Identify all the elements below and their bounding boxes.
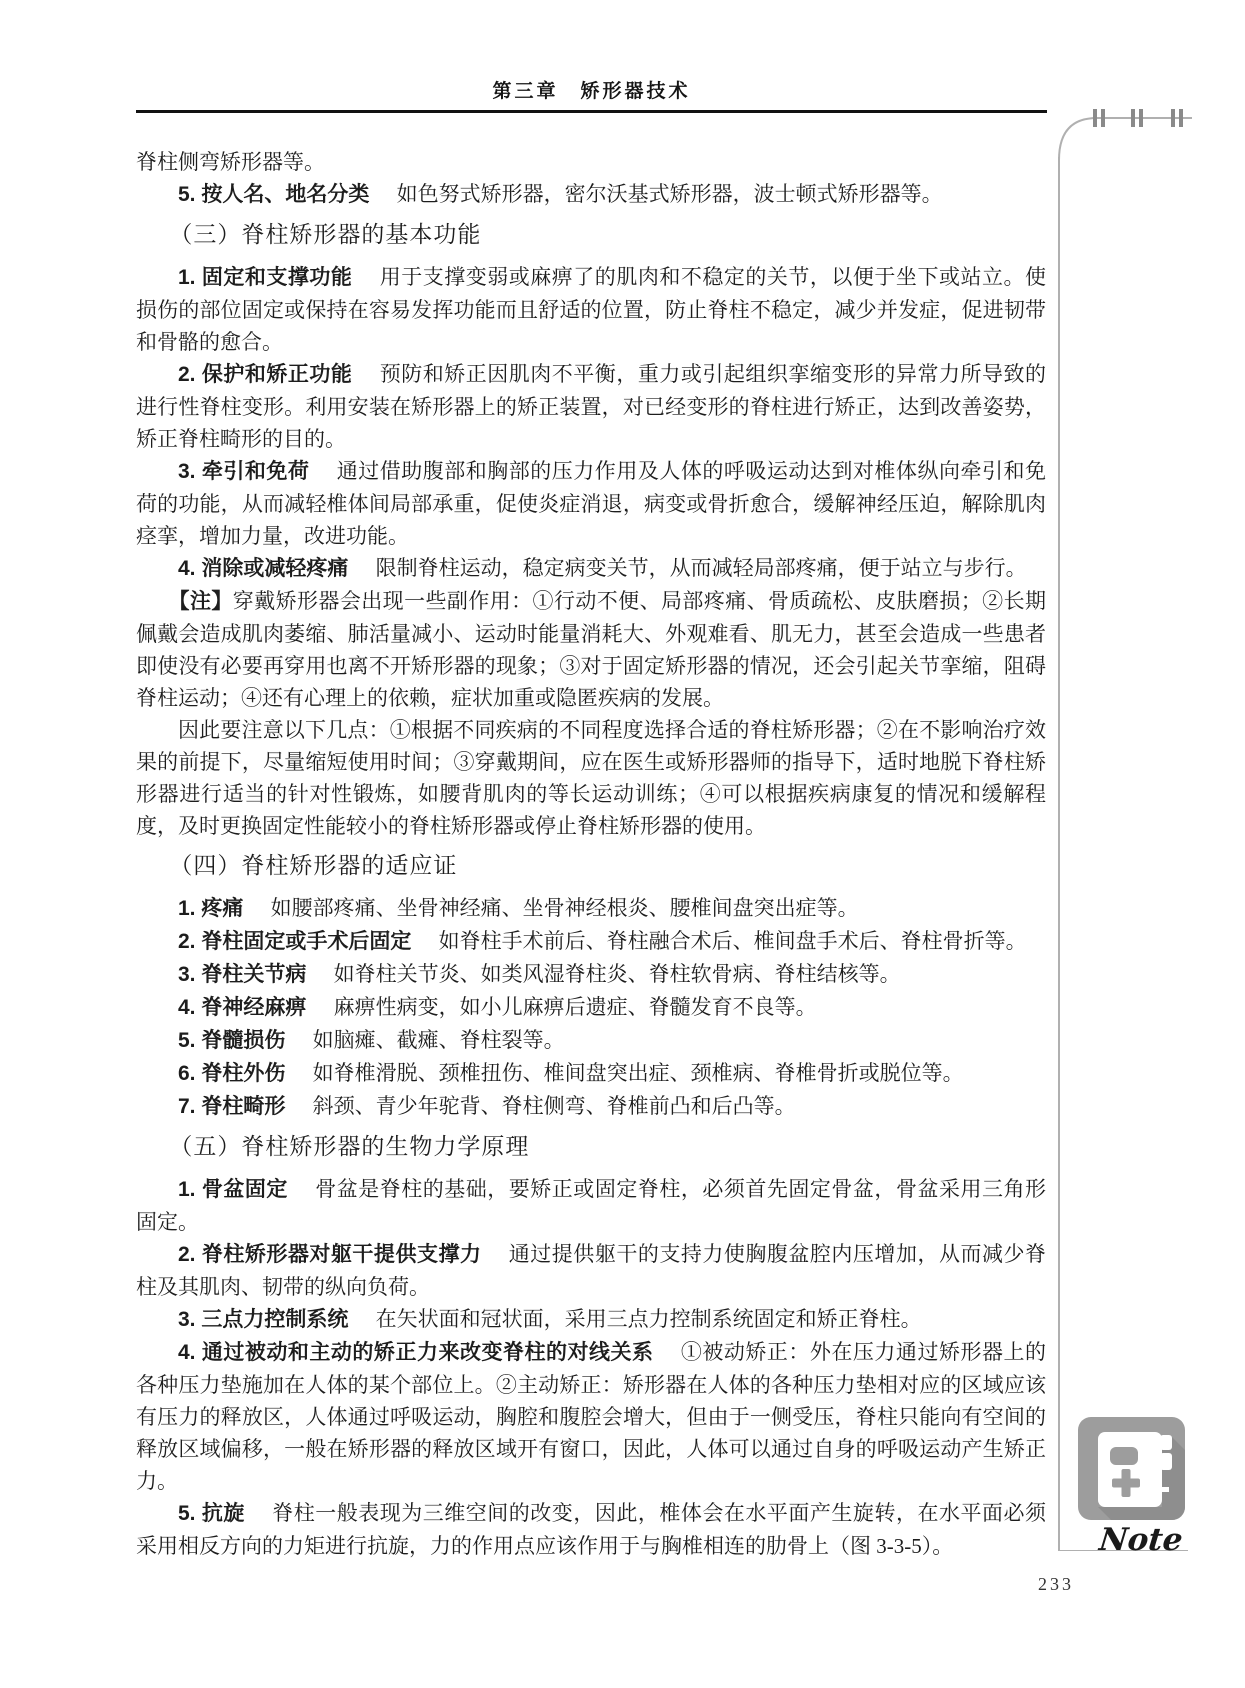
list-item: 4. 消除或减轻疼痛限制脊柱运动，稳定病变关节，从而减轻局部疼痛，便于站立与步行…	[136, 552, 1046, 585]
section-heading: （三）脊柱矫形器的基本功能	[136, 218, 1046, 252]
item-label: 5. 抗旋	[178, 1502, 245, 1525]
item-text: 麻痹性病变，如小儿麻痹后遗症、脊髓发育不良等。	[334, 995, 817, 1019]
margin-decoration-curve	[1040, 95, 1200, 160]
paragraph-text: 脊柱侧弯矫形器等。	[136, 150, 325, 174]
item-text: 在矢状面和冠状面，采用三点力控制系统固定和矫正脊柱。	[376, 1307, 922, 1331]
list-item: 1. 疼痛如腰部疼痛、坐骨神经痛、坐骨神经根炎、腰椎间盘突出症等。	[136, 892, 1046, 925]
item-label: 2. 脊柱矫形器对躯干提供支撑力	[178, 1243, 481, 1266]
header-rule	[136, 110, 1047, 113]
body-text-column: 脊柱侧弯矫形器等。 5. 按人名、地名分类如色努式矫形器，密尔沃基式矫形器，波士…	[136, 146, 1046, 1562]
item-text: 如脊椎滑脱、颈椎扭伤、椎间盘突出症、颈椎病、脊椎骨折或脱位等。	[313, 1061, 964, 1085]
list-item: 5. 脊髓损伤如脑瘫、截瘫、脊柱裂等。	[136, 1024, 1046, 1057]
item-label: 4. 通过被动和主动的矫正力来改变脊柱的对线关系	[178, 1341, 654, 1364]
notebook-icon	[1078, 1417, 1185, 1520]
item-text: 如腰部疼痛、坐骨神经痛、坐骨神经根炎、腰椎间盘突出症等。	[271, 896, 859, 920]
note-paragraph: 【注】穿戴矫形器会出现一些副作用：①行动不便、局部疼痛、骨质疏松、皮肤磨损；②长…	[136, 585, 1046, 714]
item-text: 如脊柱关节炎、如类风湿脊柱炎、脊柱软骨病、脊柱结核等。	[334, 962, 901, 986]
paragraph-text: 因此要注意以下几点：①根据不同疾病的不同程度选择合适的脊柱矫形器；②在不影响治疗…	[136, 718, 1046, 838]
list-item: 1. 骨盆固定骨盆是脊柱的基础，要矫正或固定脊柱，必须首先固定骨盆，骨盆采用三角…	[136, 1173, 1046, 1238]
item-label: 3. 三点力控制系统	[178, 1308, 348, 1331]
note-label: 【注】	[169, 590, 233, 613]
list-item: 6. 脊柱外伤如脊椎滑脱、颈椎扭伤、椎间盘突出症、颈椎病、脊椎骨折或脱位等。	[136, 1057, 1046, 1090]
paragraph: 脊柱侧弯矫形器等。	[136, 146, 1046, 178]
item-text: 斜颈、青少年驼背、脊柱侧弯、脊椎前凸和后凸等。	[313, 1094, 796, 1118]
item-label: 1. 疼痛	[178, 897, 243, 920]
list-item: 5. 抗旋脊柱一般表现为三维空间的改变，因此，椎体会在水平面产生旋转，在水平面必…	[136, 1497, 1046, 1562]
section-heading: （四）脊柱矫形器的适应证	[136, 849, 1046, 883]
list-item: 4. 通过被动和主动的矫正力来改变脊柱的对线关系①被动矫正：外在压力通过矫形器上…	[136, 1336, 1046, 1497]
note-text: 穿戴矫形器会出现一些副作用：①行动不便、局部疼痛、骨质疏松、皮肤磨损；②长期佩戴…	[136, 589, 1046, 710]
note-script-label: Note	[1084, 1522, 1198, 1558]
item-label: 3. 脊柱关节病	[178, 963, 306, 986]
item-label: 1. 固定和支撑功能	[178, 266, 352, 289]
item-label: 3. 牵引和免荷	[178, 460, 309, 483]
list-item: 3. 牵引和免荷通过借助腹部和胸部的压力作用及人体的呼吸运动达到对椎体纵向牵引和…	[136, 455, 1046, 552]
list-item: 2. 脊柱矫形器对躯干提供支撑力通过提供躯干的支持力使胸腹盆腔内压增加，从而减少…	[136, 1238, 1046, 1303]
list-item: 1. 固定和支撑功能用于支撑变弱或麻痹了的肌肉和不稳定的关节，以便于坐下或站立。…	[136, 261, 1046, 358]
item-label: 5. 脊髓损伤	[178, 1029, 285, 1052]
item-label: 7. 脊柱畸形	[178, 1095, 285, 1118]
item-text: 脊柱一般表现为三维空间的改变，因此，椎体会在水平面产生旋转，在水平面必须采用相反…	[136, 1501, 1046, 1558]
list-item: 5. 按人名、地名分类如色努式矫形器，密尔沃基式矫形器，波士顿式矫形器等。	[136, 178, 1046, 211]
item-text: 如脊柱手术前后、脊柱融合术后、椎间盘手术后、脊柱骨折等。	[439, 929, 1027, 953]
item-text: 如脑瘫、截瘫、脊柱裂等。	[313, 1028, 565, 1052]
item-label: 5. 按人名、地名分类	[178, 183, 369, 206]
section-heading: （五）脊柱矫形器的生物力学原理	[136, 1130, 1046, 1164]
item-label: 1. 骨盆固定	[178, 1178, 288, 1201]
list-item: 3. 三点力控制系统在矢状面和冠状面，采用三点力控制系统固定和矫正脊柱。	[136, 1303, 1046, 1336]
paragraph: 因此要注意以下几点：①根据不同疾病的不同程度选择合适的脊柱矫形器；②在不影响治疗…	[136, 714, 1046, 842]
list-item: 3. 脊柱关节病如脊柱关节炎、如类风湿脊柱炎、脊柱软骨病、脊柱结核等。	[136, 958, 1046, 991]
list-item: 4. 脊神经麻痹麻痹性病变，如小儿麻痹后遗症、脊髓发育不良等。	[136, 991, 1046, 1024]
item-text: 如色努式矫形器，密尔沃基式矫形器，波士顿式矫形器等。	[397, 182, 943, 206]
list-item: 7. 脊柱畸形斜颈、青少年驼背、脊柱侧弯、脊椎前凸和后凸等。	[136, 1090, 1046, 1123]
list-item: 2. 脊柱固定或手术后固定如脊柱手术前后、脊柱融合术后、椎间盘手术后、脊柱骨折等…	[136, 925, 1046, 958]
list-item: 2. 保护和矫正功能预防和矫正因肌肉不平衡，重力或引起组织挛缩变形的异常力所导致…	[136, 358, 1046, 455]
item-label: 2. 脊柱固定或手术后固定	[178, 930, 411, 953]
item-text: 限制脊柱运动，稳定病变关节，从而减轻局部疼痛，便于站立与步行。	[376, 556, 1027, 580]
book-page: 第三章 矫形器技术 脊柱侧弯矫形器等。 5. 按人名、地名分类如色努式矫形器，密…	[0, 0, 1245, 1688]
item-label: 4. 脊神经麻痹	[178, 996, 306, 1019]
chapter-header: 第三章 矫形器技术	[136, 76, 1047, 103]
page-number: 233	[1038, 1574, 1074, 1595]
item-label: 6. 脊柱外伤	[178, 1062, 285, 1085]
item-label: 2. 保护和矫正功能	[178, 363, 352, 386]
margin-vertical-line	[1058, 157, 1060, 1550]
item-label: 4. 消除或减轻疼痛	[178, 557, 348, 580]
